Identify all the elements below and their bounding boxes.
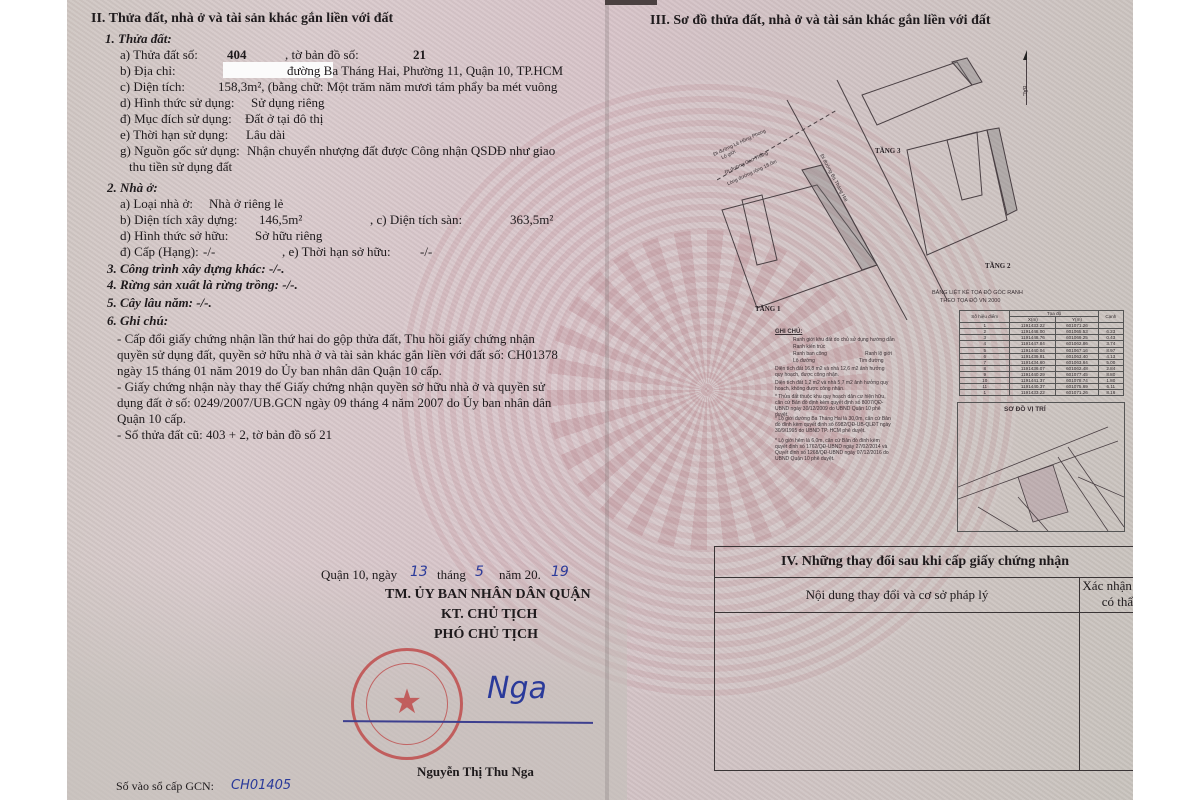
- date-prefix: Quận 10, ngày: [321, 567, 397, 582]
- ownership-value: Sở hữu riêng: [255, 228, 322, 243]
- registry-label: Số vào sổ cấp GCN:: [116, 779, 214, 794]
- sign-title-line: KT. CHỦ TỊCH: [441, 607, 537, 622]
- note-line: - Số thửa đất cũ: 403 + 2, tờ bản đồ số …: [117, 427, 332, 442]
- floor-area-label: , c) Diện tích sàn:: [370, 212, 462, 227]
- diagram-note: Diện tích đất 1,2 m2 và nhà 5,7 m2 ảnh h…: [775, 380, 893, 392]
- land-heading: 1. Thửa đất:: [105, 31, 172, 46]
- other-construction: 3. Công trình xây dựng khác: -/-.: [107, 261, 285, 276]
- note-line: - Cấp đổi giấy chứng nhận lần thứ hai do…: [117, 331, 535, 346]
- diagram-note: Ranh lộ giới: [865, 351, 892, 357]
- note-line: dụng đất ở số: 0249/2007/UB.GCN ngày 09 …: [117, 395, 551, 410]
- diagram-note: * Lộ giới hẻm là 6,0m, căn cứ Bản đồ đín…: [775, 438, 893, 462]
- changes-table: IV. Những thay đổi sau khi cấp giấy chứn…: [714, 546, 1133, 771]
- changes-col2-line1: Xác nhận của cơ quan: [1082, 578, 1133, 593]
- address-value: đường Ba Tháng Hai, Phường 11, Quận 10, …: [287, 63, 563, 78]
- built-area-label: b) Diện tích xây dựng:: [120, 212, 238, 227]
- diagram-notes-title: GHI CHÚ:: [775, 329, 802, 335]
- use-form-value: Sử dụng riêng: [251, 95, 325, 110]
- north-label: BẮC: [1021, 86, 1027, 96]
- changes-col-confirmation: Xác nhận của cơ quan có thẩm quyền: [1080, 578, 1133, 613]
- coord-table-body: 11191433.22601071.2621191448.00601065.53…: [960, 323, 1124, 396]
- changes-column-divider: [1079, 612, 1080, 770]
- purpose-value: Đất ở tại đô thị: [245, 111, 323, 126]
- note-line: ngày 15 tháng 01 năm 2019 do Ủy ban nhân…: [117, 363, 442, 378]
- term-label: e) Thời hạn sử dụng:: [120, 127, 228, 142]
- origin-value-line2: thu tiền sử dụng đất: [129, 159, 232, 174]
- section-ii-title: II. Thửa đất, nhà ở và tài sản khác gắn …: [91, 11, 393, 26]
- note-line: Quận 10 cấp.: [117, 411, 186, 426]
- changes-title: IV. Những thay đổi sau khi cấp giấy chứn…: [715, 547, 1133, 578]
- certificate-photo: II. Thửa đất, nhà ở và tài sản khác gắn …: [67, 0, 1133, 800]
- sign-role-line: PHÓ CHỦ TỊCH: [434, 627, 538, 642]
- parcel-number: 404: [227, 47, 247, 62]
- map-sheet-number: 21: [413, 47, 426, 62]
- signer-name: Nguyễn Thị Thu Nga: [417, 764, 534, 779]
- production-forest: 4. Rừng sản xuất là rừng trồng: -/-.: [107, 277, 298, 292]
- grade-value: -/-: [203, 244, 215, 259]
- origin-value-line1: Nhận chuyển nhượng đất được Công nhận QS…: [247, 143, 555, 158]
- note-line: quyền sử dụng đất, quyền sở hữu nhà ở và…: [117, 347, 558, 362]
- signature: Nga: [487, 672, 547, 706]
- star-emblem-icon: ★: [392, 682, 422, 722]
- location-map-title: SƠ ĐỒ VỊ TRÍ: [1004, 407, 1046, 413]
- right-page: III. Sơ đồ thửa đất, nhà ở và tài sản kh…: [607, 0, 1133, 800]
- diagram-note: Tim đường: [859, 358, 884, 364]
- diagram-note: Diện tích đất 16,8 m2 và nhà 12,6 m2 ảnh…: [775, 366, 893, 378]
- own-term-value: -/-: [420, 244, 432, 259]
- diagram-note: Ranh giới khu đất do chủ sử dụng hướng d…: [793, 337, 895, 343]
- section-iii-title: III. Sơ đồ thửa đất, nhà ở và tài sản kh…: [650, 13, 991, 28]
- official-seal-stamp: ★: [351, 648, 463, 760]
- date-month: 5: [475, 565, 484, 580]
- diagram-note: Ranh kiến trúc: [793, 344, 825, 350]
- perennial-trees: 5. Cây lâu năm: -/-.: [107, 295, 212, 310]
- diagram-note: Ranh ban công: [793, 351, 827, 357]
- floor-2-label: TẦNG 2: [985, 262, 1010, 270]
- date-year: 19: [551, 565, 569, 580]
- col-edge: Cạnh: [1098, 311, 1123, 323]
- floor-area-value: 363,5m²: [510, 212, 553, 227]
- area-value: 158,3m², (bằng chữ: Một trăm năm mươi tá…: [218, 79, 557, 94]
- house-type-label: a) Loại nhà ở:: [120, 196, 193, 211]
- use-form-label: d) Hình thức sử dụng:: [120, 95, 234, 110]
- changes-col-content: Nội dung thay đổi và cơ sở pháp lý: [715, 578, 1080, 613]
- address-label: b) Địa chỉ:: [120, 63, 176, 78]
- coord-cell: 1191433.22: [1010, 390, 1056, 396]
- corner-coordinates-table: Số hiệu điểm Tọa độ Cạnh X(m) Y(m) 11191…: [959, 310, 1124, 396]
- sign-org-line: TM. ỦY BAN NHÂN DÂN QUẬN: [385, 587, 591, 602]
- date-month-label: tháng: [437, 567, 466, 582]
- date-year-label: năm 20.: [499, 567, 541, 582]
- date-day: 13: [410, 565, 428, 580]
- coord-cell: 8.16: [1098, 390, 1123, 396]
- coord-table-subtitle: THEO TỌA ĐỘ VN 2000: [940, 298, 1000, 304]
- note-line: - Giấy chứng nhận này thay thế Giấy chứn…: [117, 379, 545, 394]
- coord-table-title: BẢNG LIỆT KÊ TỌA ĐỘ GÓC RANH: [932, 290, 1023, 296]
- built-area-value: 146,5m²: [259, 212, 302, 227]
- floor-plan-diagram: [717, 50, 1027, 320]
- coord-cell: 601071.26: [1056, 390, 1098, 396]
- coord-row: 11191433.22601071.268.16: [960, 390, 1124, 396]
- coord-cell: 1: [960, 390, 1010, 396]
- area-label: c) Diện tích:: [120, 79, 185, 94]
- parcel-label: a) Thửa đất số:: [120, 47, 198, 62]
- term-value: Lâu dài: [246, 127, 285, 142]
- house-type-value: Nhà ở riêng lẻ: [209, 196, 283, 211]
- notes-heading: 6. Ghi chú:: [107, 313, 168, 328]
- floor-1-label: TẦNG 1: [755, 305, 780, 313]
- diagram-note: Lộ đường: [793, 358, 815, 364]
- grade-label: đ) Cấp (Hạng):: [120, 244, 199, 259]
- changes-col2-line2: có thẩm quyền: [1102, 594, 1133, 609]
- registry-number: CH01405: [231, 778, 291, 793]
- origin-label: g) Nguồn gốc sử dụng:: [120, 143, 240, 158]
- diagram-note: * Thửa đất thuộc khu quy hoạch dân cư hi…: [775, 394, 893, 418]
- location-map: SƠ ĐỒ VỊ TRÍ: [957, 402, 1125, 532]
- col-point: Số hiệu điểm: [960, 311, 1010, 323]
- diagram-note: * Lộ giới đường Ba Tháng Hai là 30,0m, c…: [775, 416, 893, 434]
- ownership-label: d) Hình thức sở hữu:: [120, 228, 228, 243]
- purpose-label: đ) Mục đích sử dụng:: [120, 111, 232, 126]
- floor-3-label: TẦNG 3: [875, 147, 900, 155]
- map-sheet-label: , tờ bản đồ số:: [285, 47, 359, 62]
- house-heading: 2. Nhà ở:: [107, 180, 158, 195]
- location-map-drawing: [958, 417, 1124, 531]
- own-term-label: , e) Thời hạn sở hữu:: [282, 244, 391, 259]
- left-page: II. Thửa đất, nhà ở và tài sản khác gắn …: [67, 0, 607, 800]
